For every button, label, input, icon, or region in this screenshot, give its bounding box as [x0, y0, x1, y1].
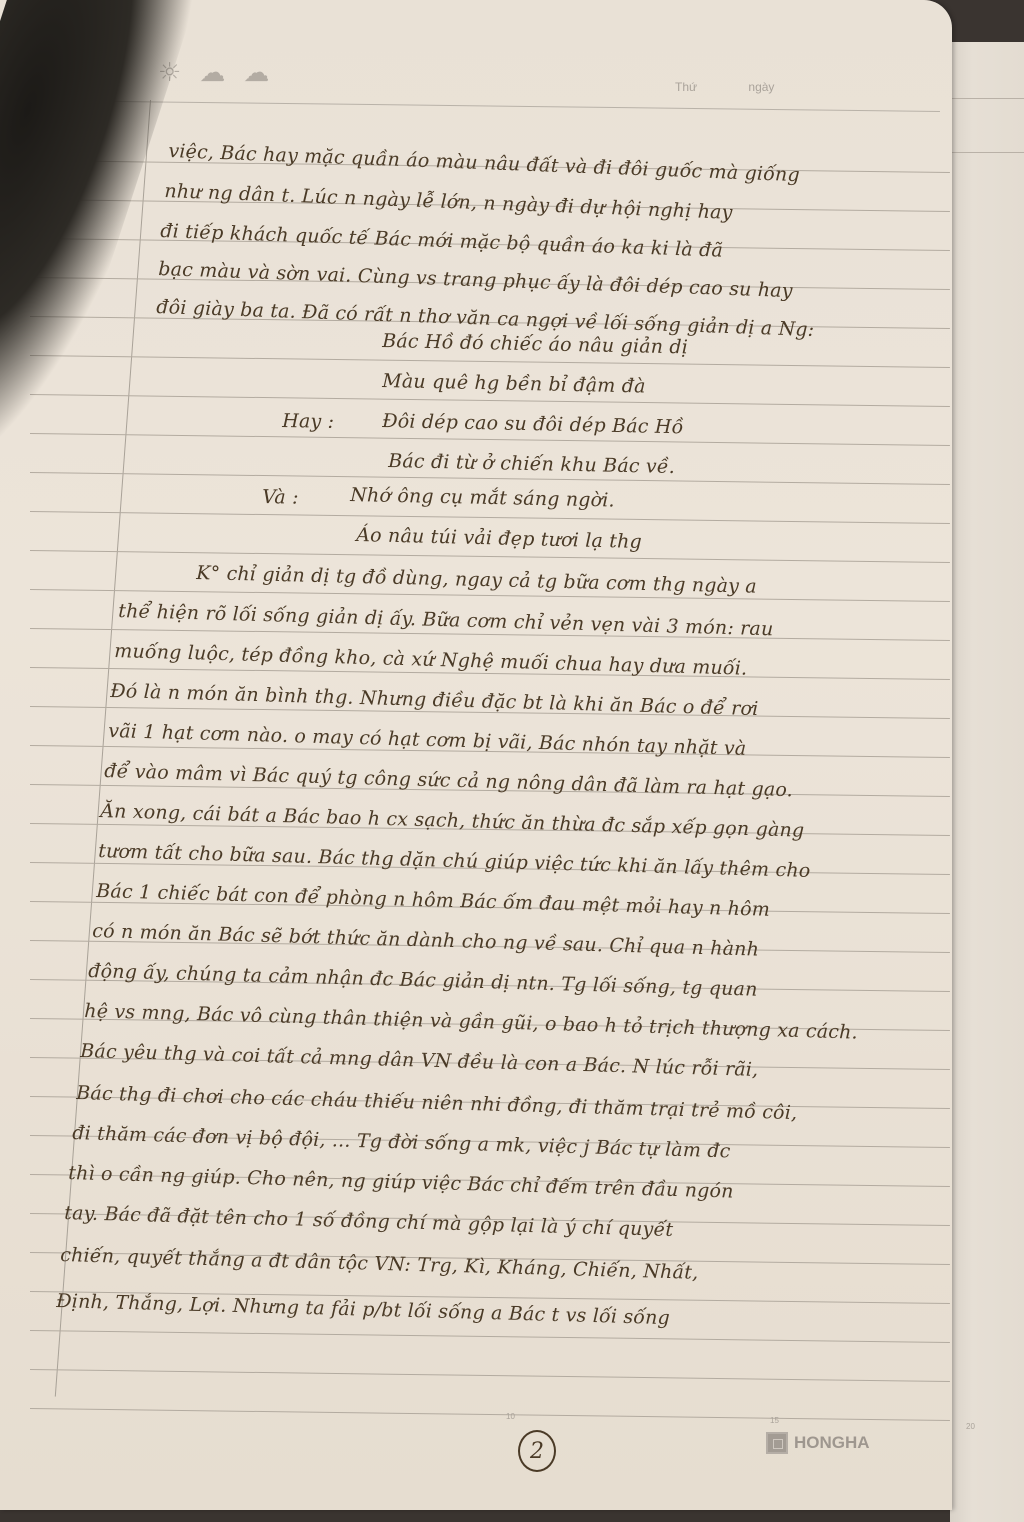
ruler-tick: 20 [966, 1422, 975, 1431]
poem-lead-label: Và : [262, 486, 299, 509]
poem-line: Đôi dép cao su đôi dép Bác Hồ [382, 410, 684, 438]
text-line: tươm tất cho bữa sau. Bác thg dặn chú gi… [98, 840, 811, 882]
text-line: có n món ăn Bác sẽ bớt thức ăn dành cho … [92, 920, 759, 961]
text-line: Bác 1 chiếc bát con để phòng n hôm Bác ố… [96, 880, 770, 921]
handwritten-text: việc, Bác hay mặc quần áo màu nâu đất và… [0, 0, 952, 1510]
text-line: đi thăm các đơn vị bộ đội, ... Tg đời số… [72, 1122, 731, 1162]
text-line: để vào mâm vì Bác quý tg công sức cả ng … [104, 760, 793, 801]
poem-line: Màu quê hg bền bỉ đậm đà [382, 370, 646, 398]
poem-line: Bác đi từ ở chiến khu Bác về. [388, 450, 675, 478]
text-line: Đó là n món ăn bình thg. Nhưng điều đặc … [110, 680, 759, 720]
poem-line: Nhớ ông cụ mắt sáng ngời. [350, 484, 615, 512]
text-line: thể hiện rõ lối sống giản dị ấy. Bữa cơm… [118, 600, 774, 640]
next-page-edge [950, 42, 1024, 1522]
poem-line: Áo nâu túi vải đẹp tươi lạ thg [356, 524, 642, 553]
text-line: tay. Bác đã đặt tên cho 1 số đồng chí mà… [64, 1202, 674, 1241]
text-line: chiến, quyết thắng a đt dân tộc VN: Trg,… [60, 1244, 699, 1284]
text-line: việc, Bác hay mặc quần áo màu nâu đất và… [168, 140, 800, 186]
text-line: thì o cần ng giúp. Cho nên, ng giúp việc… [68, 1162, 734, 1203]
text-line: vãi 1 hạt cơm nào. o may có hạt cơm bị v… [108, 720, 747, 760]
text-line: K° chỉ giản dị tg đồ dùng, ngay cả tg bữ… [196, 562, 757, 598]
text-line: Định, Thắng, Lợi. Nhưng ta fải p/bt lối … [56, 1290, 670, 1329]
text-line: hệ vs mng, Bác vô cùng thân thiện và gần… [84, 1000, 858, 1044]
text-line: đi tiếp khách quốc tế Bác mới mặc bộ quầ… [160, 220, 723, 262]
text-line: như ng dân t. Lúc n ngày lễ lớn, n ngày … [164, 180, 733, 224]
text-line: bạc màu và sờn vai. Cùng vs trang phục ấ… [158, 258, 793, 302]
text-line: muống luộc, tép đồng kho, cà xứ Nghệ muố… [114, 640, 748, 680]
text-line: Bác thg đi chơi cho các cháu thiếu niên … [76, 1082, 798, 1124]
text-line: động ấy, chúng ta cảm nhận đc Bác giản d… [88, 960, 758, 1001]
text-line: Ăn xong, cái bát a Bác bao h cx sạch, th… [100, 800, 805, 842]
poem-lead-label: Hay : [282, 410, 334, 433]
text-line: Bác yêu thg và coi tất cả mng dân VN đều… [80, 1040, 759, 1081]
